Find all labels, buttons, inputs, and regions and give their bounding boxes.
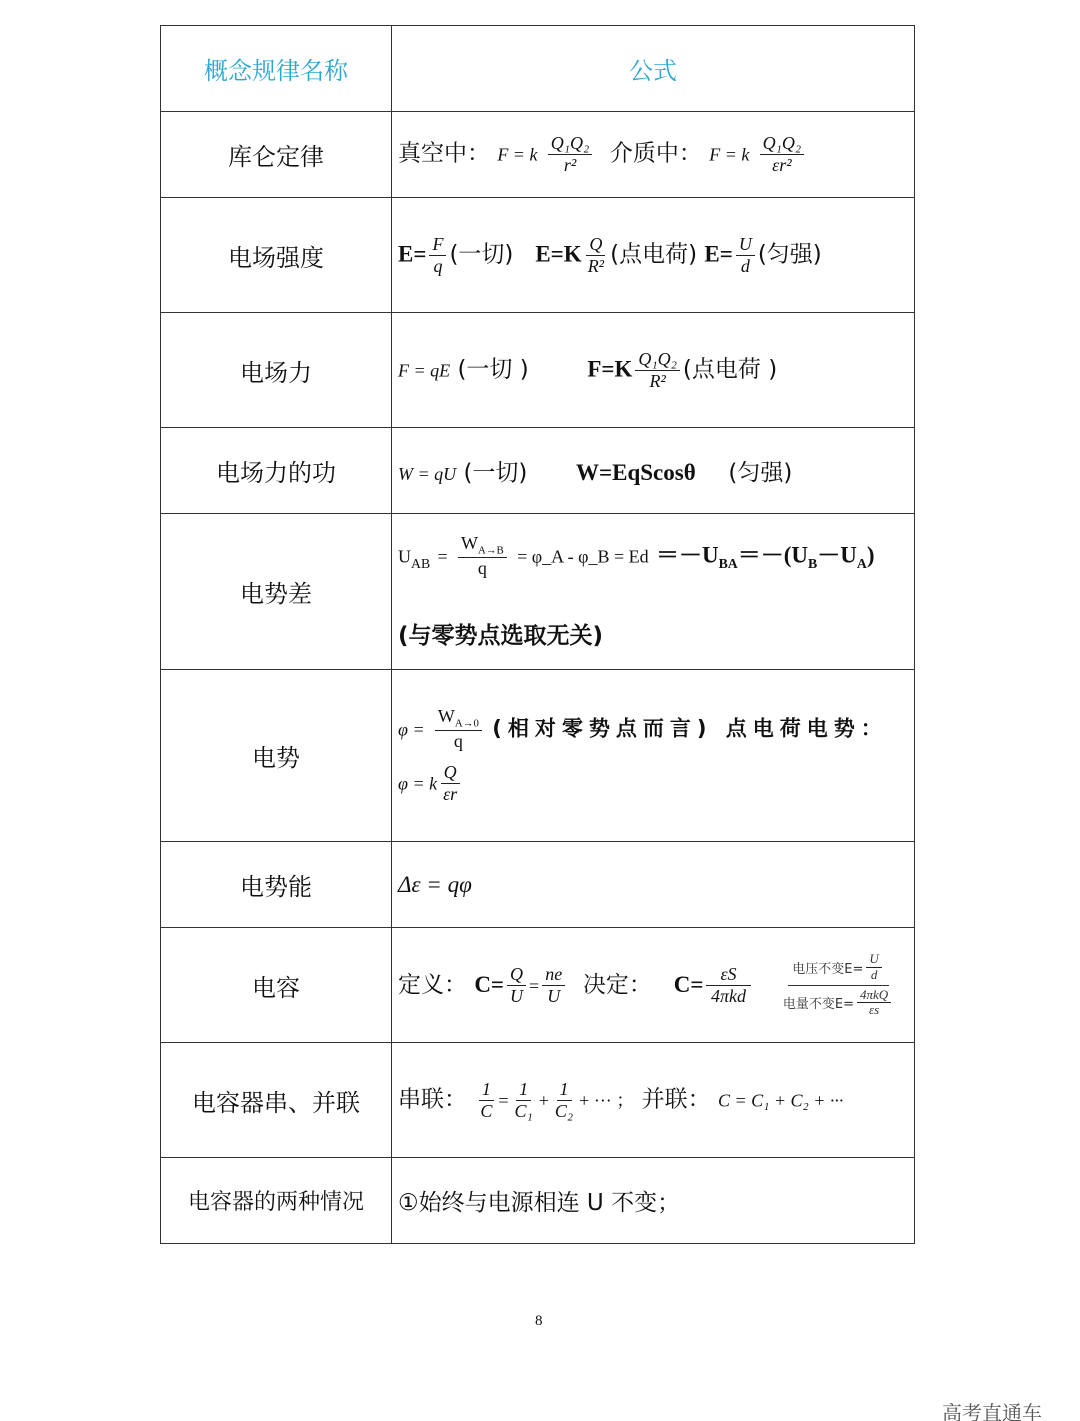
numerator: F	[429, 234, 446, 256]
table-row: 电场强度 E=Fq(一切) E=KQR²(点电荷) E=Ud(匀强)	[161, 198, 915, 313]
numerator-text: W	[461, 533, 478, 553]
subscript: B	[808, 556, 817, 571]
row-formula: W = qU (一切) W=EqScosθ (匀强)	[392, 428, 915, 514]
fraction: 1C₁	[511, 1079, 535, 1121]
denominator: R²	[646, 371, 668, 392]
fraction: 4πkQεs	[857, 988, 891, 1019]
row-formula: 串联： 1C=1C₁+1C₂+ ··· ； 并联： C = C₁ + C₂ + …	[392, 1043, 915, 1158]
formula-line: UAB = WA→Bq = φ_A - φ_B = Ed ＝－UBA＝－(UB－…	[398, 533, 914, 579]
fraction: Q₁Q₂ εr²	[760, 133, 805, 175]
fraction: QR²	[585, 234, 607, 276]
math: =	[498, 1091, 508, 1111]
subscript: A	[857, 556, 867, 571]
numerator: 1	[516, 1079, 531, 1101]
numerator: U	[736, 234, 755, 256]
subscript: BA	[719, 556, 738, 571]
table-row: 电容器串、并联 串联： 1C=1C₁+1C₂+ ··· ； 并联： C = C₁…	[161, 1043, 915, 1158]
denominator: R²	[585, 256, 607, 277]
numerator: Q	[586, 234, 605, 256]
math: =	[529, 976, 539, 996]
math: E=K	[535, 242, 581, 267]
label: 介质中：	[610, 141, 702, 167]
math: W = qU	[398, 464, 456, 484]
denominator: U	[544, 986, 563, 1007]
fraction: WA→Bq	[458, 533, 507, 579]
page-number: 8	[535, 1313, 543, 1330]
note: (一切)	[449, 242, 513, 268]
math: F = k	[709, 145, 749, 165]
fraction: Fq	[429, 234, 446, 276]
fraction: Ud	[866, 952, 881, 983]
note: (点电荷 )	[683, 357, 777, 383]
watermark: 高考直通车	[942, 1397, 1042, 1421]
row-name: 电势能	[161, 842, 392, 928]
numerator: 1	[479, 1079, 494, 1101]
row-name: 电容器串、并联	[161, 1043, 392, 1158]
math: φ =	[398, 720, 425, 740]
math: F = qE	[398, 361, 450, 381]
numerator: Q	[507, 964, 526, 986]
math: C = C₁ + C₂ + ···	[718, 1091, 843, 1111]
aside-top: 电压不变E=Ud	[788, 952, 889, 986]
table-row: 电容 定义： C=QU=neU 决定： C=εS4πkd 电压不变E=Ud 电量…	[161, 928, 915, 1043]
denominator: r²	[561, 155, 579, 176]
fraction: neU	[542, 964, 565, 1006]
fraction: 1C₂	[552, 1079, 576, 1121]
note: (匀强)	[758, 242, 822, 268]
row-name: 电势	[161, 670, 392, 842]
denominator: εr²	[769, 155, 795, 176]
numerator: Q₁Q₂	[635, 349, 680, 371]
numerator: WA→B	[458, 533, 507, 558]
math: =	[437, 547, 447, 567]
formula-line: φ = WA→0q (相对零势点而言) 点电荷电势：	[398, 706, 914, 752]
table-row: 电场力的功 W = qU (一切) W=EqScosθ (匀强)	[161, 428, 915, 514]
denominator: q	[475, 558, 490, 579]
table-row: 电容器的两种情况 ①始终与电源相连 U 不变；	[161, 1158, 915, 1244]
math: ＝－(U	[738, 543, 808, 568]
note: (点电荷)	[610, 242, 697, 268]
math: )	[867, 543, 875, 568]
label: 定义：	[398, 972, 467, 998]
row-formula: 定义： C=QU=neU 决定： C=εS4πkd 电压不变E=Ud 电量不变E…	[392, 928, 915, 1043]
math: W=EqScosθ	[576, 460, 696, 485]
fraction: 1C	[477, 1079, 495, 1121]
numerator: Q₁Q₂	[760, 133, 805, 155]
row-formula: ①始终与电源相连 U 不变；	[392, 1158, 915, 1244]
fraction: WA→0q	[435, 706, 482, 752]
numerator: 4πkQ	[857, 988, 891, 1004]
row-formula: φ = WA→0q (相对零势点而言) 点电荷电势： φ = kQεr	[392, 670, 915, 842]
numerator: ne	[542, 964, 565, 986]
row-name: 电场力的功	[161, 428, 392, 514]
numerator: εS	[706, 964, 750, 986]
math: + ··· ；	[579, 1091, 634, 1111]
row-name: 电容	[161, 928, 392, 1043]
table-row: 电势 φ = WA→0q (相对零势点而言) 点电荷电势： φ = kQεr	[161, 670, 915, 842]
table-header-row: 概念规律名称 公式	[161, 26, 915, 112]
denominator: q	[430, 256, 445, 277]
row-name: 电场强度	[161, 198, 392, 313]
math: －U	[817, 543, 857, 568]
row-name: 库仑定律	[161, 112, 392, 198]
subscript: A→0	[455, 718, 479, 730]
numerator: WA→0	[435, 706, 482, 731]
row-formula: 真空中： F = k Q₁Q₂ r² 介质中： F = k Q₁Q₂ εr²	[392, 112, 915, 198]
label: 电量不变E=	[783, 993, 854, 1012]
label: 电压不变E=	[792, 958, 863, 977]
row-name: 电势差	[161, 514, 392, 670]
math: ＝－U	[656, 543, 719, 568]
note: (相对零势点而言) 点电荷电势：	[492, 717, 888, 741]
math: = φ_A - φ_B = Ed	[517, 547, 649, 567]
fraction: QU	[507, 964, 526, 1006]
denominator: d	[738, 256, 753, 277]
math: φ = k	[398, 774, 437, 794]
fraction: Qεr	[440, 762, 460, 804]
note: (与零势点选取无关)	[398, 617, 914, 650]
table-row: 库仑定律 真空中： F = k Q₁Q₂ r² 介质中： F = k Q₁Q₂ …	[161, 112, 915, 198]
math: F = k	[497, 145, 537, 165]
row-formula: E=Fq(一切) E=KQR²(点电荷) E=Ud(匀强)	[392, 198, 915, 313]
note: (一切 )	[457, 357, 528, 383]
numerator-text: W	[438, 706, 455, 726]
table-row: 电场力 F = qE (一切 ) F=KQ₁Q₂R²(点电荷 )	[161, 313, 915, 428]
numerator: Q	[441, 762, 460, 784]
fraction: Ud	[736, 234, 755, 276]
denominator: 4πkd	[708, 986, 749, 1007]
math: E=	[398, 242, 426, 267]
fraction: Q₁Q₂ r²	[548, 133, 593, 175]
header-name: 概念规律名称	[161, 26, 392, 112]
math: C=	[474, 972, 504, 997]
row-name: 电容器的两种情况	[161, 1158, 392, 1244]
math: +	[539, 1091, 549, 1111]
math: U	[398, 547, 411, 567]
fraction: Q₁Q₂R²	[635, 349, 680, 391]
math: F=K	[587, 357, 632, 382]
table-row: 电势差 UAB = WA→Bq = φ_A - φ_B = Ed ＝－UBA＝－…	[161, 514, 915, 670]
label: 串联：	[398, 1087, 467, 1113]
aside-bottom: 电量不变E=4πkQεs	[779, 986, 898, 1019]
denominator: C₁	[511, 1101, 535, 1122]
denominator: C	[477, 1101, 495, 1122]
subscript: A→B	[478, 545, 504, 557]
row-formula: UAB = WA→Bq = φ_A - φ_B = Ed ＝－UBA＝－(UB－…	[392, 514, 915, 670]
numerator: 1	[557, 1079, 572, 1101]
row-formula: Δε = qφ	[392, 842, 915, 928]
table-row: 电势能 Δε = qφ	[161, 842, 915, 928]
subscript: AB	[411, 556, 430, 571]
label: 决定：	[583, 972, 652, 998]
note: (匀强)	[728, 460, 792, 486]
row-formula: F = qE (一切 ) F=KQ₁Q₂R²(点电荷 )	[392, 313, 915, 428]
formula-table: 概念规律名称 公式 库仑定律 真空中： F = k Q₁Q₂ r² 介质中： F…	[160, 25, 915, 1244]
numerator: Q₁Q₂	[548, 133, 593, 155]
math: E=	[704, 242, 732, 267]
label: 并联：	[642, 1087, 711, 1113]
row-name: 电场力	[161, 313, 392, 428]
header-formula: 公式	[392, 26, 915, 112]
denominator: q	[451, 731, 466, 752]
denominator: εr	[440, 784, 460, 805]
note: (一切)	[463, 460, 527, 486]
denominator: U	[507, 986, 526, 1007]
capacitor-cases-aside: 电压不变E=Ud 电量不变E=4πkQεs	[779, 952, 898, 1019]
formula-line: φ = kQεr	[398, 762, 914, 804]
denominator: C₂	[552, 1101, 576, 1122]
math: C=	[674, 972, 704, 997]
label: 真空中：	[398, 141, 490, 167]
denominator: d	[868, 968, 881, 983]
denominator: εs	[866, 1003, 882, 1018]
fraction: εS4πkd	[706, 964, 750, 1006]
numerator: U	[866, 952, 881, 968]
